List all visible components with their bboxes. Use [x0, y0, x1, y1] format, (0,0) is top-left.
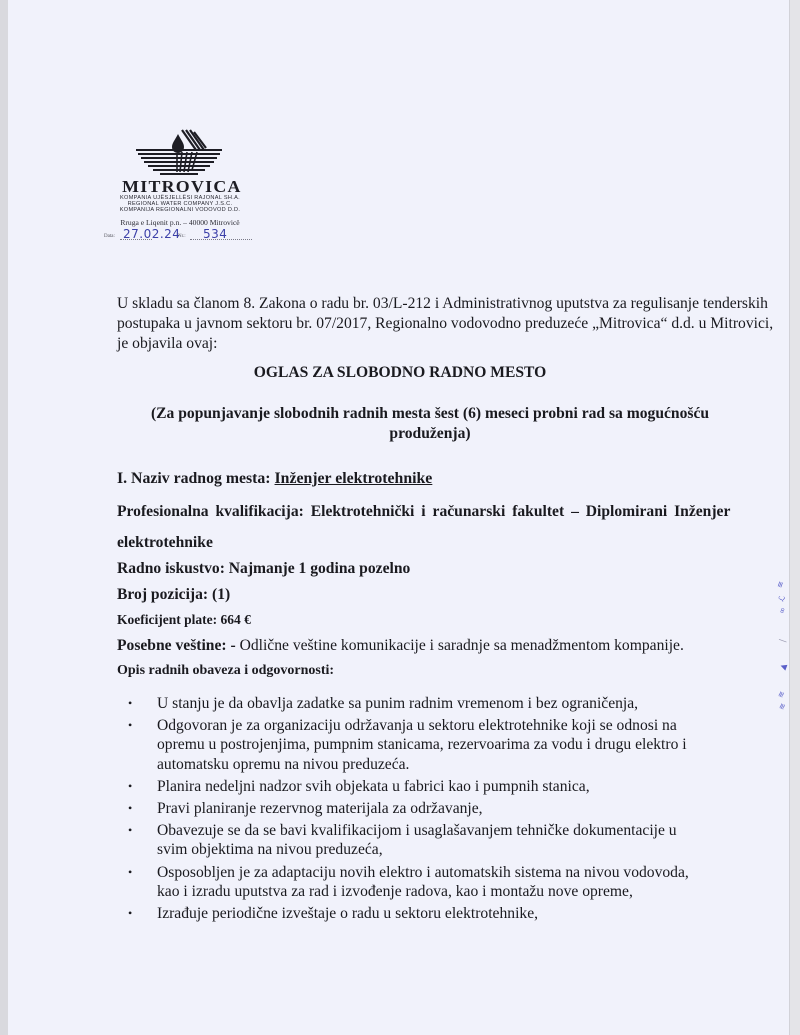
bullet-icon: • [128, 777, 132, 796]
list-item: •Osposobljen je za adaptaciju novih elek… [128, 863, 708, 901]
field-experience: Radno iskustvo: Najmanje 1 godina pozeln… [117, 560, 410, 578]
bullet-icon: • [128, 694, 132, 713]
company-address: Rruga e Liqenit p.n. – 40000 Mitrovicë [100, 218, 260, 227]
company-name: MITROVICA [100, 177, 264, 197]
stamp-mark: ≋ [776, 690, 787, 699]
margin-stamp-marks: ≡ ℒ ∞ | ▲ ≋ ≋ [775, 580, 793, 720]
field-value: Elektrotehnički i računarski fakultet – … [311, 503, 731, 520]
document-title: OGLAS ZA SLOBODNO RADNO MESTO [0, 363, 800, 383]
list-item: •Pravi planiranje rezervnog materijala z… [128, 799, 708, 818]
bullet-icon: • [128, 863, 132, 882]
number-label: Nr.: [178, 234, 186, 239]
bullet-icon: • [128, 716, 132, 735]
scan-edge-left [0, 0, 8, 1035]
date-number-row: Data: 27.02.24 Nr.: 534 [100, 228, 260, 242]
water-drop-waves-logo-icon [134, 128, 224, 180]
field-special-skills: Posebne veštine: - Odlične veštine komun… [117, 637, 684, 655]
date-label: Data: [104, 234, 115, 239]
field-label: I. Naziv radnog mesta: [117, 470, 275, 487]
field-label: Radno iskustvo: [117, 560, 229, 577]
date-value: 27.02.24 [123, 227, 180, 241]
field-value: Inženjer elektrotehnike [275, 470, 433, 487]
field-label: Koeficijent plate: [117, 612, 220, 627]
field-label: Broj pozicija: [117, 586, 212, 603]
list-item: •Obavezuje se da se bavi kvalifikacijom … [128, 821, 708, 859]
bullet-icon: • [128, 904, 132, 923]
list-item: •Odgovoran je za organizaciju održavanja… [128, 716, 708, 774]
stamp-mark: ≡ [775, 580, 786, 589]
list-item: •U stanju je da obavlja zadatke sa punim… [128, 694, 708, 713]
company-line-sr: KOMPANIJA REGIONALNI VODOVOD D.D. [100, 207, 260, 213]
field-qualification-cont: elektrotehnike [117, 534, 213, 552]
field-value: Odlične veštine komunikacije i saradnje … [240, 637, 684, 654]
document-subtitle: (Za popunjavanje slobodnih radnih mesta … [110, 404, 750, 444]
field-value: Najmanje 1 godina pozelno [229, 560, 411, 577]
field-value: (1) [212, 586, 230, 603]
field-positions: Broj pozicija: (1) [117, 586, 230, 604]
company-subtitle: KOMPANIA UJËSJELLËSI RAJONAL SH.A. REGIO… [100, 195, 260, 214]
field-value: 664 € [220, 612, 250, 627]
stamp-mark: ℒ [777, 594, 787, 602]
stamp-mark: ▲ [778, 662, 789, 671]
field-salary: Koeficijent plate: 664 € [117, 612, 251, 628]
list-item: •Planira nedeljni nadzor svih objekata u… [128, 777, 708, 796]
intro-paragraph: U skladu sa članom 8. Zakona o radu br. … [117, 294, 789, 354]
intro-line: postupaka u javnom sektoru br. 07/2017, … [117, 314, 789, 334]
intro-line: U skladu sa članom 8. Zakona o radu br. … [117, 294, 789, 314]
scan-edge-right [789, 0, 800, 1035]
stamp-mark: ∞ [777, 606, 788, 615]
intro-line: je objavila ovaj: [117, 334, 789, 354]
duties-heading: Opis radnih obaveza i odgovornosti: [117, 663, 334, 679]
field-label: Posebne veštine: - [117, 637, 240, 654]
duties-list: •U stanju je da obavlja zadatke sa punim… [128, 694, 708, 926]
field-job-title: I. Naziv radnog mesta: Inženjer elektrot… [117, 470, 432, 488]
stamp-mark: ≋ [777, 702, 788, 711]
number-value: 534 [203, 227, 227, 241]
bullet-icon: • [128, 821, 132, 840]
field-label: Profesionalna kvalifikacija: [117, 503, 311, 520]
field-qualification: Profesionalna kvalifikacija: Elektrotehn… [117, 503, 730, 521]
bullet-icon: • [128, 799, 132, 818]
stamp-mark: | [778, 638, 787, 644]
list-item: •Izrađuje periodične izveštaje o radu u … [128, 904, 708, 923]
